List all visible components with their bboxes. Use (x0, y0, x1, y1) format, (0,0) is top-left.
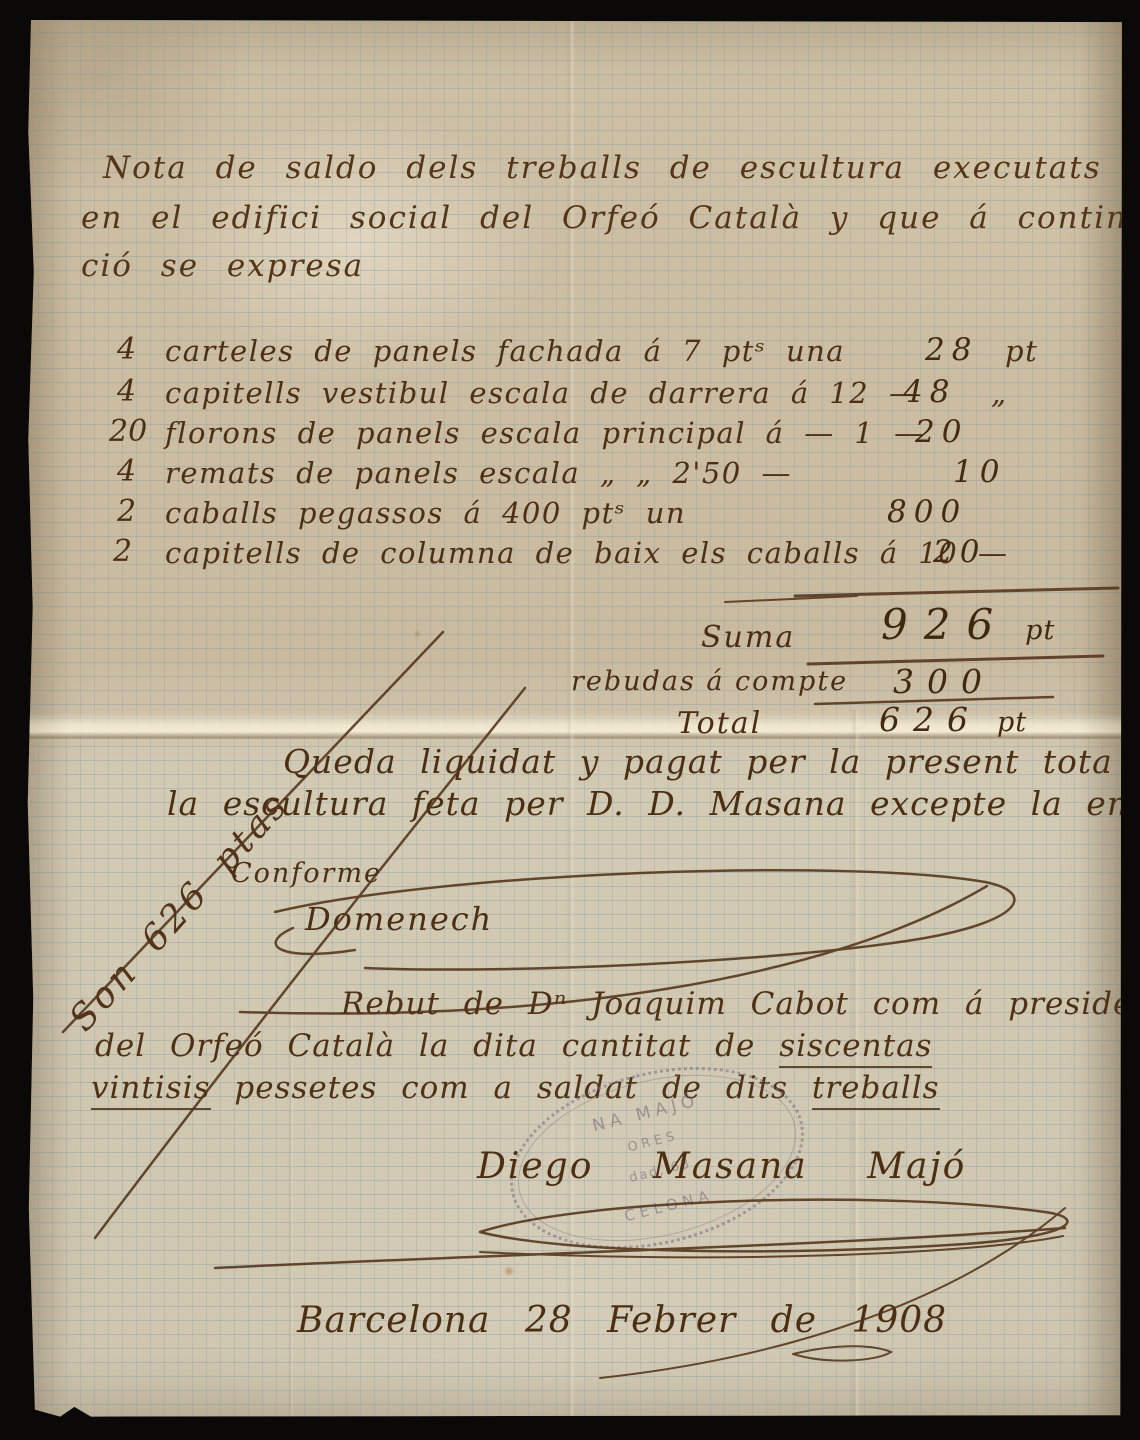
receipt-underlined-vintisis: vintisis (91, 1070, 211, 1110)
item-desc: caballs pegassos á 400 ptˢ un (165, 496, 686, 530)
item-qty: 2 (113, 534, 132, 569)
item-amount: 800 (887, 494, 967, 530)
item-unit: „ (991, 376, 1008, 410)
artist-signature: Diego Masana Majó (477, 1146, 966, 1187)
receipt-underlined-treballs: treballs (812, 1070, 940, 1110)
conforme-label: Conforme (231, 858, 382, 889)
item-desc: remats de panels escala „ „ 2'50 — (165, 456, 792, 490)
receipt-line-1: Rebut de Dⁿ Joaquim Cabot com á presiden… (341, 986, 1140, 1022)
date-flourish-lens (793, 1346, 891, 1360)
suma-amount: 926 (881, 600, 1009, 649)
item-amount: 28 (925, 332, 978, 368)
item-qty: 4 (117, 332, 136, 367)
receipt-line-2: del Orfeó Català la dita cantitat de sis… (95, 1028, 932, 1064)
header-line-3: ció se expresa (81, 248, 364, 284)
total-unit: pt (997, 707, 1027, 738)
rule-above-suma-echo (725, 596, 857, 602)
total-label: Total (677, 706, 762, 741)
total-value: 626pt (879, 700, 1027, 739)
item-amount: 10 (953, 454, 1006, 490)
item-amount: 48 (903, 374, 956, 410)
document-paper: Nota de saldo dels treballs de escultura… (25, 20, 1123, 1418)
scan-background: Nota de saldo dels treballs de escultura… (0, 0, 1140, 1440)
item-qty: 4 (117, 454, 136, 489)
item-desc: carteles de panels fachada á 7 ptˢ una (165, 334, 845, 368)
item-amount: 20 (933, 534, 986, 570)
rule-above-suma (795, 588, 1118, 596)
item-amount: 20 (915, 414, 968, 450)
item-qty: 20 (109, 414, 147, 449)
settlement-line-1: Queda liquidat y pagat per la present to… (283, 742, 1113, 781)
item-desc: florons de panels escala principal á — 1… (165, 416, 925, 450)
item-qty: 4 (117, 374, 136, 409)
foxing-spot (413, 630, 422, 638)
received-value: 300 (893, 662, 995, 701)
received-label: rebudas á compte (571, 666, 848, 697)
item-unit: pt (1005, 334, 1038, 368)
receipt-line-3: vintisis pessetes com a saldat de dits t… (91, 1070, 940, 1106)
receipt-underlined-siscentas: siscentas (779, 1028, 932, 1068)
receipt-line-2-text: del Orfeó Català la dita cantitat de (95, 1028, 779, 1064)
minor-crease-left (287, 860, 294, 1418)
conforme-signature: Domenech (305, 900, 493, 938)
settlement-line-2: la escultura feta per D. D. Masana excep… (167, 784, 1140, 823)
suma-value: 926pt (881, 600, 1055, 649)
item-desc: capitells de columna de baix els caballs… (165, 536, 1008, 570)
date-line: Barcelona 28 Febrer de 1908 (297, 1300, 947, 1341)
foxing-spot (503, 1266, 515, 1276)
total-amount: 626 (879, 700, 981, 739)
header-line-1: Nota de saldo dels treballs de escultura… (103, 150, 1102, 186)
item-desc: capitells vestibul escala de darrera á 1… (165, 376, 919, 410)
item-qty: 2 (117, 494, 136, 529)
suma-label: Suma (701, 620, 795, 655)
suma-unit: pt (1025, 615, 1055, 646)
header-line-2: en el edifici social del Orfeó Català y … (81, 200, 1140, 236)
